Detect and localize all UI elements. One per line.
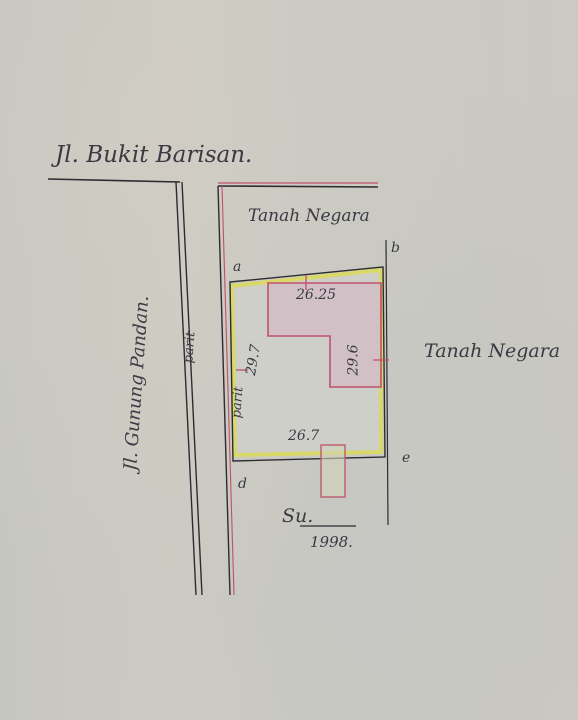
road-bukit-barisan — [48, 179, 378, 187]
corner-e: e — [402, 450, 410, 466]
corner-b: b — [391, 240, 400, 256]
year: 1998. — [310, 533, 353, 551]
ditch-label-2: parit — [229, 386, 246, 419]
ditch-label-1: parit — [181, 331, 198, 364]
annex-footprint — [321, 445, 345, 497]
signature: Su. — [282, 505, 313, 527]
survey-sketch-paper: Jl. Bukit Barisan. Tanah Negara Tanah Ne… — [0, 0, 578, 720]
street-label-top: Jl. Bukit Barisan. — [55, 142, 252, 168]
land-label-top: Tanah Negara — [248, 206, 370, 226]
right-boundary-line — [386, 240, 388, 525]
road-gunung-pandan — [176, 182, 234, 595]
land-label-right: Tanah Negara — [424, 340, 560, 362]
dimension-bottom: 26.7 — [288, 428, 319, 444]
corner-d: d — [238, 476, 247, 492]
dimension-top: 26.25 — [296, 287, 336, 303]
corner-a: a — [233, 259, 241, 275]
dimension-right: 29.6 — [346, 344, 362, 375]
